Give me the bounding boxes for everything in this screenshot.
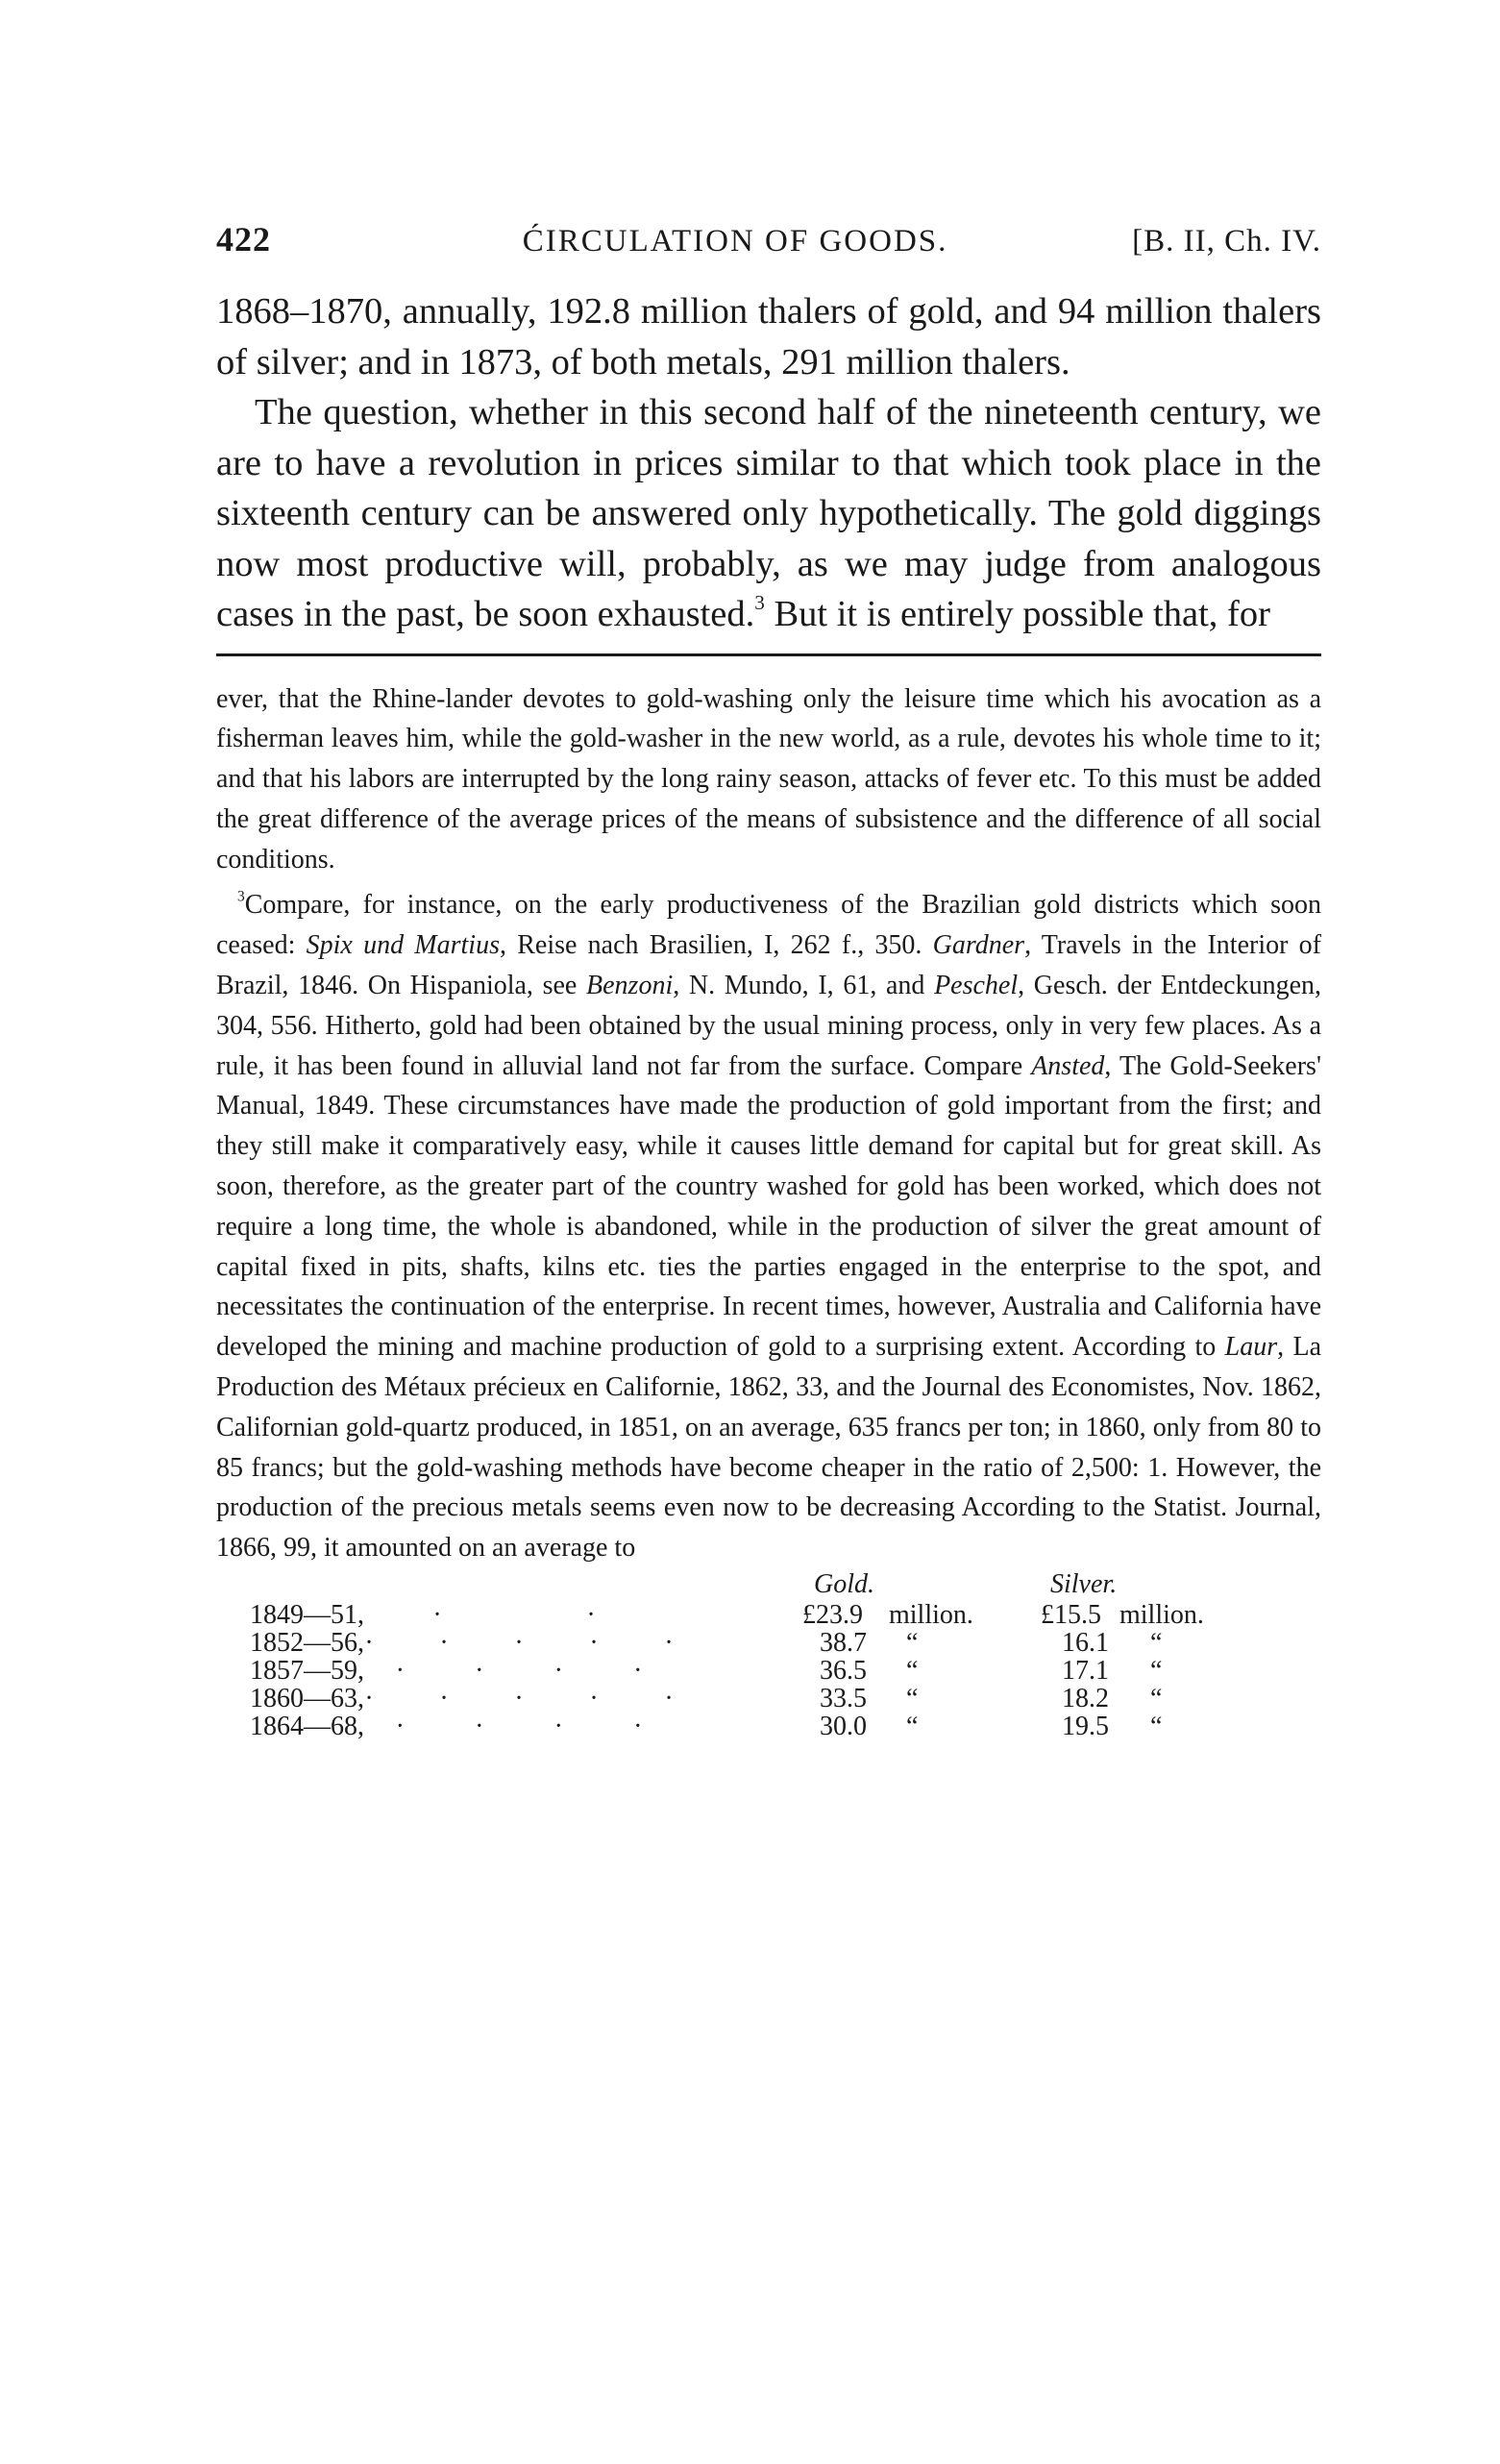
column-header-silver: Silver. — [1050, 1570, 1117, 1598]
footnote-text: , N. Mundo, I, 61, and — [673, 971, 934, 1000]
gold-value: £23.9 — [802, 1601, 863, 1629]
silver-value: 16.1 — [1062, 1629, 1109, 1657]
silver-unit: “ — [1150, 1712, 1162, 1740]
leader-dots: ····· — [332, 1629, 706, 1657]
cited-author: Gardner — [933, 930, 1024, 960]
silver-value: 17.1 — [1062, 1657, 1109, 1685]
cited-author: Laur — [1225, 1332, 1277, 1362]
footnote-marker: 3 — [237, 889, 245, 905]
section-reference: [B. II, Ch. IV. — [1132, 224, 1321, 259]
silver-unit: “ — [1150, 1685, 1162, 1712]
table-row: 1864—68, ···· 30.0 “ 19.5 “ — [216, 1712, 1321, 1740]
cited-author: Benzoni — [586, 971, 673, 1000]
gold-unit: “ — [906, 1712, 918, 1740]
table-row: 1860—63, ····· 33.5 “ 18.2 “ — [216, 1685, 1321, 1712]
book-page: 422 ĆIRCULATION OF GOODS. [B. II, Ch. IV… — [216, 219, 1321, 1740]
leader-dots: ·· — [360, 1601, 668, 1629]
running-head: 422 ĆIRCULATION OF GOODS. [B. II, Ch. IV… — [216, 219, 1321, 267]
silver-unit: “ — [1150, 1657, 1162, 1685]
leader-dots: ···· — [360, 1657, 677, 1685]
footnote-reference[interactable]: 3 — [754, 591, 765, 614]
gold-value: 36.5 — [820, 1657, 867, 1685]
footnote-text: , The Gold-Seekers' Manual, 1849. These … — [216, 1051, 1321, 1363]
footnote-3: 3Compare, for instance, on the early pro… — [216, 885, 1321, 1568]
footnotes: ever, that the Rhine-lander devotes to g… — [216, 679, 1321, 1569]
footnote-text: , La Production des Métaux précieux en C… — [216, 1332, 1321, 1563]
leader-dots: ···· — [360, 1712, 677, 1740]
gold-unit: “ — [906, 1657, 918, 1685]
silver-unit: million. — [1119, 1601, 1204, 1629]
paragraph-text-tail: But it is entirely possible that, for — [765, 594, 1270, 634]
page-number: 422 — [216, 219, 271, 259]
main-text: 1868–1870, annually, 192.8 million thale… — [216, 286, 1321, 640]
gold-value: 30.0 — [820, 1712, 867, 1740]
table-row: 1857—59, ···· 36.5 “ 17.1 “ — [216, 1657, 1321, 1685]
cited-author: Peschel — [934, 971, 1018, 1000]
silver-unit: “ — [1150, 1629, 1162, 1657]
paragraph-continued: 1868–1870, annually, 192.8 million thale… — [216, 286, 1321, 387]
cited-author: Spix und Martius — [307, 930, 500, 960]
paragraph: The question, whether in this second hal… — [216, 387, 1321, 640]
gold-value: 33.5 — [820, 1685, 867, 1712]
silver-value: 19.5 — [1062, 1712, 1109, 1740]
footnote-text: , Reise nach Brasilien, I, 262 f., 350. — [500, 930, 933, 960]
precious-metals-table: Gold. Silver. 1849—51, ·· £23.9 million.… — [216, 1568, 1321, 1740]
table-row: 1849—51, ·· £23.9 million. £15.5 million… — [216, 1601, 1321, 1629]
column-header-gold: Gold. — [814, 1570, 874, 1598]
table-row: 1852—56, ····· 38.7 “ 16.1 “ — [216, 1629, 1321, 1657]
silver-value: 18.2 — [1062, 1685, 1109, 1712]
gold-unit: million. — [889, 1601, 973, 1629]
footnote-continued: ever, that the Rhine-lander devotes to g… — [216, 679, 1321, 880]
table-header: Gold. Silver. — [216, 1568, 1321, 1601]
leader-dots: ····· — [332, 1685, 706, 1712]
gold-unit: “ — [906, 1685, 918, 1712]
period-cell: 1849—51, — [250, 1601, 364, 1629]
period-cell: 1857—59, — [250, 1657, 364, 1685]
chapter-title: ĆIRCULATION OF GOODS. — [523, 224, 948, 259]
silver-value: £15.5 — [1041, 1601, 1101, 1629]
period-cell: 1864—68, — [250, 1712, 364, 1740]
gold-unit: “ — [906, 1629, 918, 1657]
gold-value: 38.7 — [820, 1629, 867, 1657]
cited-author: Ansted — [1031, 1051, 1104, 1081]
footnote-divider — [216, 653, 1321, 656]
